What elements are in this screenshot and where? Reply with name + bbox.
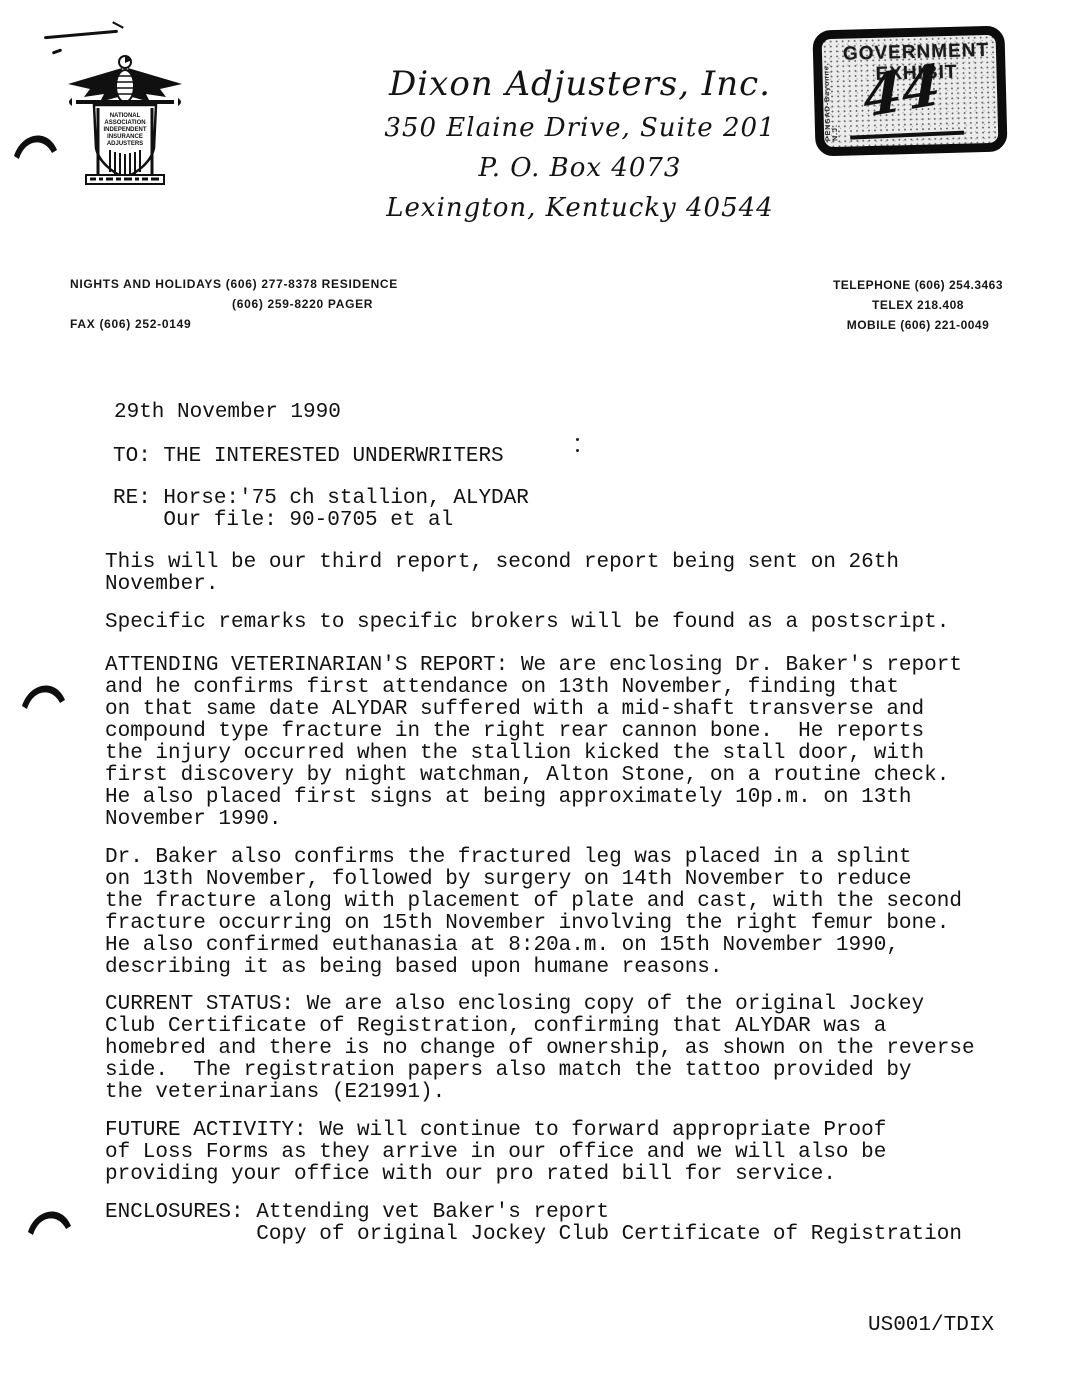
enclosures-block: ENCLOSURES: Attending vet Baker's report… — [105, 1202, 962, 1246]
paragraph-current-status: CURRENT STATUS: We are also enclosing co… — [105, 994, 975, 1104]
address-line-3: Lexington, Kentucky 40544 — [380, 188, 780, 228]
pen-dots-mark — [52, 48, 62, 54]
scan-noise-dots — [576, 438, 580, 454]
nights-holidays-line: NIGHTS AND HOLIDAYS (606) 277-8378 RESID… — [70, 274, 398, 294]
stamp-underline — [850, 131, 964, 140]
footer-code: US001/TDIX — [868, 1315, 994, 1337]
pager-line: (606) 259-8220 PAGER — [70, 294, 398, 314]
address-line-2: P. O. Box 4073 — [380, 148, 780, 188]
contact-block-left: NIGHTS AND HOLIDAYS (606) 277-8378 RESID… — [70, 274, 398, 334]
letterhead: Dixon Adjusters, Inc. 350 Elaine Drive, … — [380, 60, 780, 228]
stamp-exhibit-number: 44 — [863, 57, 941, 126]
fax-line: FAX (606) 252-0149 — [70, 314, 398, 334]
paragraph-specific-remarks: Specific remarks to specific brokers wil… — [105, 612, 949, 634]
shield-text-line: ASSOCIATION — [104, 120, 145, 126]
shield-text-line: INDEPENDENT — [103, 127, 146, 133]
mobile-line: MOBILE (606) 221-0049 — [818, 315, 1018, 335]
crescent-mark — [10, 128, 60, 162]
telephone-line: TELEPHONE (606) 254.3463 — [818, 275, 1018, 295]
shield-text-line: ADJUSTERS — [107, 141, 143, 147]
contact-block-right: TELEPHONE (606) 254.3463 TELEX 218.408 M… — [818, 275, 1018, 335]
date-line: 29th November 1990 — [114, 402, 341, 424]
shield-text-line: INSURANCE — [107, 134, 143, 140]
eagle-icon — [68, 56, 182, 106]
letter-page: NATIONAL ASSOCIATION INDEPENDENT INSURAN… — [0, 0, 1074, 1399]
paragraph-dr-baker-confirms: Dr. Baker also confirms the fractured le… — [105, 847, 962, 979]
paragraph-third-report: This will be our third report, second re… — [105, 552, 899, 596]
shield-icon: NATIONAL ASSOCIATION INDEPENDENT INSURAN… — [94, 105, 156, 179]
crescent-mark — [18, 678, 68, 712]
re-block: RE: Horse:'75 ch stallion, ALYDAR Our fi… — [113, 488, 529, 532]
paragraph-future-activity: FUTURE ACTIVITY: We will continue to for… — [105, 1120, 886, 1186]
government-exhibit-stamp: PENGAD-Bayonne, N.J. GOVERNMENT EXHIBIT … — [812, 26, 1007, 157]
pen-tick-mark — [112, 21, 124, 28]
paragraph-veterinarians-report: ATTENDING VETERINARIAN'S REPORT: We are … — [105, 655, 962, 831]
crescent-mark — [24, 1204, 74, 1238]
logo-banner — [86, 175, 164, 184]
shield-text-line: NATIONAL — [110, 113, 141, 119]
to-line: TO: THE INTERESTED UNDERWRITERS — [113, 446, 504, 468]
address-line-1: 350 Elaine Drive, Suite 201 — [380, 108, 780, 148]
association-logo: NATIONAL ASSOCIATION INDEPENDENT INSURAN… — [62, 48, 188, 188]
telex-line: TELEX 218.408 — [818, 295, 1018, 315]
company-name: Dixon Adjusters, Inc. — [380, 60, 780, 108]
pen-stroke-mark — [44, 30, 118, 39]
